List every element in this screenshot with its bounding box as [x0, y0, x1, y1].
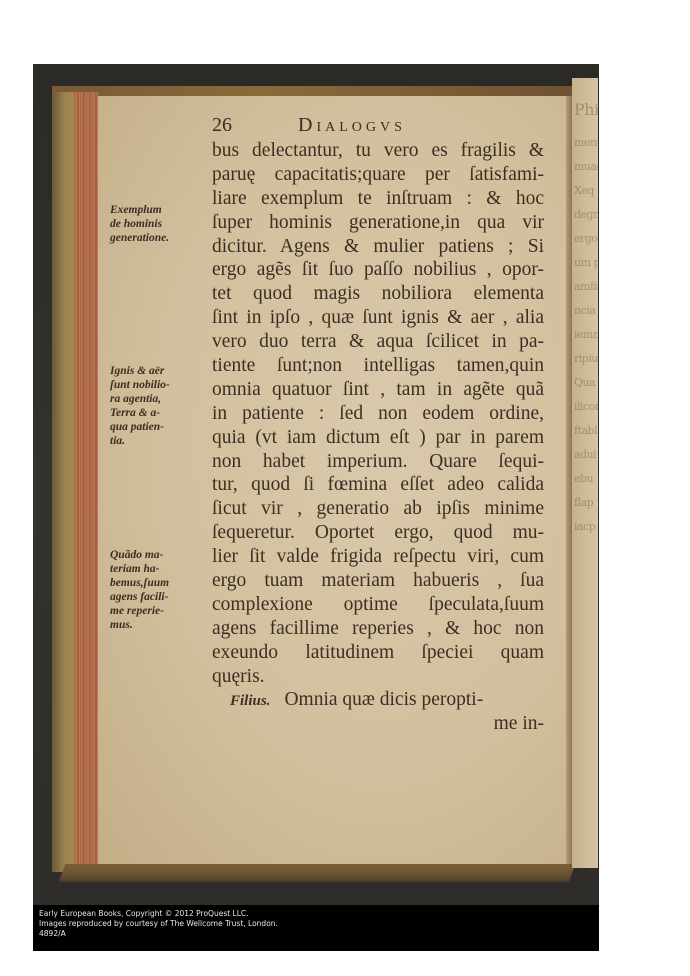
marginal-note-line: Terra & a- — [110, 406, 210, 420]
marginal-note-line: generatione. — [110, 231, 210, 245]
text-line: vero duo terra & aqua ſcilicet in pa- — [212, 330, 544, 354]
book-bottom-edge — [59, 864, 576, 882]
marginal-note-line: Ignis & aër — [110, 364, 210, 378]
running-head: 26 Dialogvs — [212, 114, 542, 140]
caption-line: 4892/A — [39, 929, 599, 939]
speaker-label: Filius. — [212, 693, 270, 709]
book-fore-edge — [52, 92, 74, 872]
text-line: agens facillime reperies , & hoc non — [212, 617, 544, 641]
facing-ghost-line: Qua — [574, 376, 595, 389]
facing-ghost-line: ftabl — [574, 424, 597, 437]
text-line: tet quod magis nobiliora elementa — [212, 282, 544, 306]
marginal-note-line: de hominis — [110, 217, 210, 231]
marginal-note-line: ſunt nobilio- — [110, 378, 210, 392]
marginal-note-line: mus. — [110, 618, 210, 632]
facing-ghost-line: ilicor — [574, 400, 598, 413]
facing-ghost-line: ripiu — [574, 352, 598, 365]
marginal-note: Quãdo ma- teriam ha- bemus,ſuum agens fa… — [110, 548, 210, 632]
text-line: ergo tuam materiam habueris , ſua — [212, 569, 544, 593]
text-line: ſint in ipſo , quæ ſunt ignis & aer , al… — [212, 306, 544, 330]
marginal-note-line: tia. — [110, 434, 210, 448]
facing-ghost-line: muadu — [574, 160, 598, 173]
facing-ghost-line: flap — [574, 496, 593, 509]
body-text: bus delectantur, tu vero es fragilis & p… — [212, 139, 544, 736]
facing-ghost-line: Phi — [574, 100, 598, 119]
text-line: lier ſit valde frigida reſpectu viri, cu… — [212, 545, 544, 569]
speaker-line: Filius.Omnia quæ dicis peropti- — [212, 688, 544, 712]
text-line: dicitur. Agens & mulier patiens ; Si — [212, 235, 544, 259]
marginal-note-line: Quãdo ma- — [110, 548, 210, 562]
caption-line: Early European Books, Copyright © 2012 P… — [39, 909, 599, 919]
text-line: ſequeretur. Oportet ergo, quod mu- — [212, 521, 544, 545]
text-line: ſuper hominis generatione,in qua vir — [212, 211, 544, 235]
text-line: liare exemplum te inſtruam : & hoc — [212, 187, 544, 211]
caption-line: Images reproduced by courtesy of The Wel… — [39, 919, 599, 929]
text-line: in patiente : ſed non eodem ordine, — [212, 402, 544, 426]
text-line: bus delectantur, tu vero es fragilis & — [212, 139, 544, 163]
facing-ghost-line: ebu — [574, 472, 593, 485]
facing-ghost-line: iemmi — [574, 328, 598, 341]
facing-ghost-line: adui — [574, 448, 596, 461]
speaker-text: Omnia quæ dicis peropti- — [284, 689, 483, 710]
text-line: ergo agẽs ſit ſuo paſſo nobilius , opor- — [212, 258, 544, 282]
facing-ghost-line: um pai — [574, 256, 598, 269]
marginal-note-line: bemus,ſuum — [110, 576, 210, 590]
marginal-note-line: me reperie- — [110, 604, 210, 618]
marginal-note-line: qua patien- — [110, 420, 210, 434]
text-line: omnia quatuor ſint , tam in agẽte quã — [212, 378, 544, 402]
text-line: non habet imperium. Quare ſequi- — [212, 450, 544, 474]
text-line: quia (vt iam dictum eſt ) par in parem — [212, 426, 544, 450]
text-line: ſicut vir , generatio ab ipſis minime — [212, 497, 544, 521]
text-line: tur, quod ſi fœmina eſſet adeo calida — [212, 473, 544, 497]
marginal-note-line: teriam ha- — [110, 562, 210, 576]
facing-ghost-line: Xeq — [574, 184, 594, 197]
facing-ghost-line: amfia — [574, 280, 598, 293]
facing-ghost-line: mentiſſ — [574, 136, 598, 149]
marginal-note: Ignis & aër ſunt nobilio- ra agentia, Te… — [110, 364, 210, 448]
copyright-caption: Early European Books, Copyright © 2012 P… — [33, 905, 599, 951]
facing-ghost-line: iacp — [574, 520, 595, 533]
text-line: paruę capacitatis;quare per ſatisfami- — [212, 163, 544, 187]
red-page-edges — [74, 92, 98, 864]
facing-page-sliver: Phi mentiſſ muadu Xeq degnno ergo ua um … — [572, 78, 598, 868]
marginal-note: Exemplum de hominis generatione. — [110, 203, 210, 245]
text-line: exeundo latitudinem ſpeciei quam — [212, 641, 544, 665]
text-line: tiente ſunt;non intelligas tamen,quin — [212, 354, 544, 378]
facing-ghost-line: degnno — [574, 208, 598, 221]
catchword-line: me in- — [212, 712, 544, 736]
marginal-note-line: agens facili- — [110, 590, 210, 604]
text-line: complexione optime ſpeculata,ſuum — [212, 593, 544, 617]
page-number: 26 — [212, 114, 232, 137]
marginal-note-line: ra agentia, — [110, 392, 210, 406]
running-title: Dialogvs — [298, 114, 406, 137]
facing-ghost-line: ncia j — [574, 304, 598, 317]
marginal-note-line: Exemplum — [110, 203, 210, 217]
facing-ghost-line: ergo ua — [574, 232, 598, 245]
book-top-edge — [52, 86, 572, 96]
text-line: quęris. — [212, 665, 544, 689]
